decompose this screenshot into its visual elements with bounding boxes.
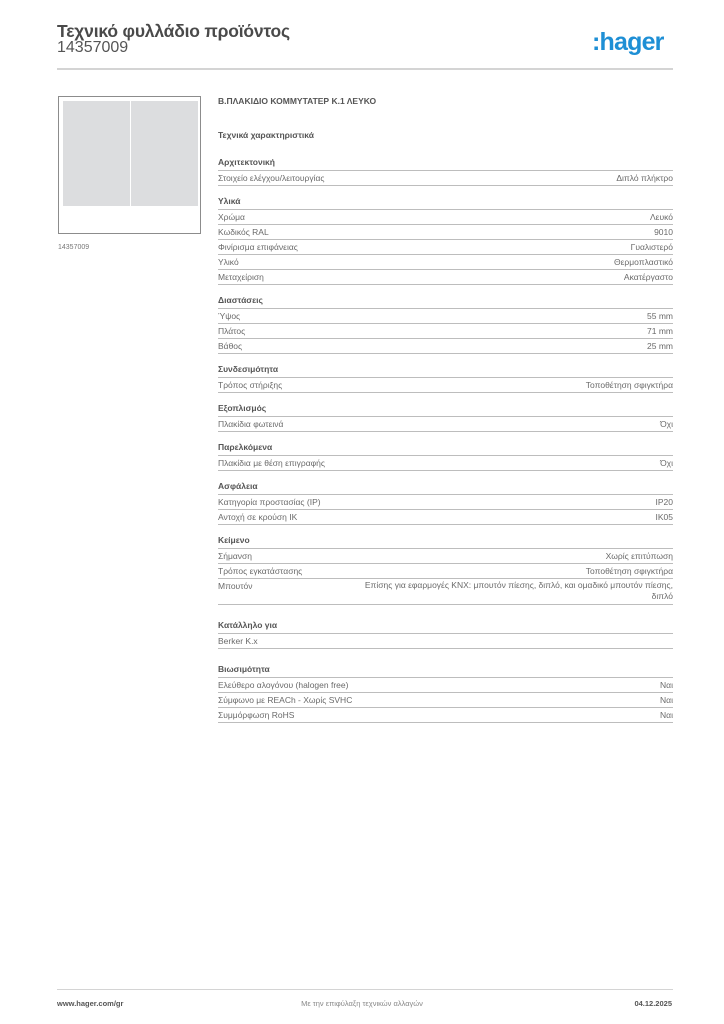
spec-row: ΧρώμαΛευκό xyxy=(218,210,673,225)
spec-group: Κατάλληλο γιαBerker K.x xyxy=(218,619,673,649)
spec-label: Ελεύθερο αλογόνου (halogen free) xyxy=(218,679,348,692)
spec-row: Πλακίδια με θέση επιγραφήςΌχι xyxy=(218,456,673,471)
spec-row: ΜεταχείρισηΑκατέργαστο xyxy=(218,270,673,285)
spec-label: Πλακίδια με θέση επιγραφής xyxy=(218,457,325,470)
spec-row: Πλάτος71 mm xyxy=(218,324,673,339)
footer-disclaimer: Με την επιφύλαξη τεχνικών αλλαγών xyxy=(0,999,724,1008)
spec-group-title: Κατάλληλο για xyxy=(218,619,673,634)
footer-date: 04.12.2025 xyxy=(634,999,672,1008)
spec-label: Σύμφωνο με REACh - Χωρίς SVHC xyxy=(218,694,352,707)
switch-rocker-right xyxy=(131,101,198,206)
spec-label: Πλάτος xyxy=(218,325,245,338)
spec-label: Χρώμα xyxy=(218,211,245,224)
spec-value: Ακατέργαστο xyxy=(624,271,673,284)
spec-row: Αντοχή σε κρούση IKIK05 xyxy=(218,510,673,525)
spec-row: Κωδικός RAL9010 xyxy=(218,225,673,240)
spec-value: Γυαλιστερό xyxy=(631,241,673,254)
spec-value: Ναι xyxy=(660,709,673,722)
logo-text: hager xyxy=(600,28,664,56)
spec-group-title: Αρχιτεκτονική xyxy=(218,156,673,171)
spec-value: Τοποθέτηση σφιγκτήρα xyxy=(586,379,673,392)
spec-group: ΕξοπλισμόςΠλακίδια φωτεινάΌχι xyxy=(218,402,673,432)
spec-value: 25 mm xyxy=(647,340,673,353)
spec-group: ΑρχιτεκτονικήΣτοιχείο ελέγχου/λειτουργία… xyxy=(218,156,673,186)
spec-group-title: Βιωσιμότητα xyxy=(218,663,673,678)
spec-value: IK05 xyxy=(656,511,674,524)
switch-rocker-left xyxy=(63,101,130,206)
spec-group-title: Διαστάσεις xyxy=(218,294,673,309)
spec-label: Ύψος xyxy=(218,310,240,323)
spec-label: Στοιχείο ελέγχου/λειτουργίας xyxy=(218,172,325,185)
spec-label: Κωδικός RAL xyxy=(218,226,269,239)
spec-groups: ΑρχιτεκτονικήΣτοιχείο ελέγχου/λειτουργία… xyxy=(218,156,673,723)
spec-value: Ναι xyxy=(660,679,673,692)
header-divider xyxy=(57,68,673,70)
spec-row: ΣήμανσηΧωρίς επιτύπωση xyxy=(218,549,673,564)
spec-label: Συμμόρφωση RoHS xyxy=(218,709,294,722)
logo-colon-icon: : xyxy=(592,28,600,56)
spec-label: Βάθος xyxy=(218,340,242,353)
spec-group-title: Συνδεσιμότητα xyxy=(218,363,673,378)
product-name: Β.ΠΛΑΚΙΔΙΟ ΚΟΜΜΥΤΑΤΕΡ Κ.1 ΛΕΥΚΟ xyxy=(218,96,673,106)
spec-group: ΑσφάλειαΚατηγορία προστασίας (IP)IP20Αντ… xyxy=(218,480,673,525)
spec-value: Ναι xyxy=(660,694,673,707)
spec-value: Χωρίς επιτύπωση xyxy=(606,550,673,563)
spec-value: Τοποθέτηση σφιγκτήρα xyxy=(586,565,673,578)
spec-group-title: Ασφάλεια xyxy=(218,480,673,495)
spec-group-title: Υλικά xyxy=(218,195,673,210)
spec-group: ΔιαστάσειςΎψος55 mmΠλάτος71 mmΒάθος25 mm xyxy=(218,294,673,354)
product-image-caption: 14357009 xyxy=(58,244,89,251)
spec-label: Μπουτόν xyxy=(218,580,253,604)
spec-row: Κατηγορία προστασίας (IP)IP20 xyxy=(218,495,673,510)
spec-row: ΥλικόΘερμοπλαστικό xyxy=(218,255,673,270)
spec-value: 71 mm xyxy=(647,325,673,338)
spec-group: ΠαρελκόμεναΠλακίδια με θέση επιγραφήςΌχι xyxy=(218,441,673,471)
spec-value: Διπλό πλήκτρο xyxy=(616,172,673,185)
spec-group: ΒιωσιμότηταΕλεύθερο αλογόνου (halogen fr… xyxy=(218,663,673,723)
spec-row: ΜπουτόνΕπίσης για εφαρμογές KNX: μπουτόν… xyxy=(218,579,673,605)
spec-label: Σήμανση xyxy=(218,550,252,563)
spec-value: IP20 xyxy=(656,496,674,509)
spec-label: Τρόπος στήριξης xyxy=(218,379,282,392)
spec-value: Όχι xyxy=(660,418,673,431)
spec-group: ΚείμενοΣήμανσηΧωρίς επιτύπωσηΤρόπος εγκα… xyxy=(218,534,673,605)
spec-label: Πλακίδια φωτεινά xyxy=(218,418,283,431)
spec-group-title: Κείμενο xyxy=(218,534,673,549)
footer-divider xyxy=(57,989,673,990)
spec-group-title: Εξοπλισμός xyxy=(218,402,673,417)
spec-row: Βάθος25 mm xyxy=(218,339,673,354)
spec-row: Τρόπος εγκατάστασηςΤοποθέτηση σφιγκτήρα xyxy=(218,564,673,579)
spec-row: Συμμόρφωση RoHSΝαι xyxy=(218,708,673,723)
spec-group-title: Παρελκόμενα xyxy=(218,441,673,456)
spec-value: Λευκό xyxy=(650,211,673,224)
spec-label: Berker K.x xyxy=(218,635,258,648)
spec-row: Berker K.x xyxy=(218,634,673,649)
spec-value: Επίσης για εφαρμογές KNX: μπουτόν πίεσης… xyxy=(343,580,673,604)
spec-content: Β.ΠΛΑΚΙΔΙΟ ΚΟΜΜΥΤΑΤΕΡ Κ.1 ΛΕΥΚΟ Τεχνικά … xyxy=(218,96,673,732)
spec-row: Στοιχείο ελέγχου/λειτουργίαςΔιπλό πλήκτρ… xyxy=(218,171,673,186)
hager-logo: :hager xyxy=(592,28,664,57)
spec-label: Τρόπος εγκατάστασης xyxy=(218,565,302,578)
spec-label: Υλικό xyxy=(218,256,239,269)
product-image xyxy=(58,96,201,234)
spec-label: Αντοχή σε κρούση IK xyxy=(218,511,297,524)
spec-section-title: Τεχνικά χαρακτηριστικά xyxy=(218,130,673,140)
spec-value: 9010 xyxy=(654,226,673,239)
spec-label: Κατηγορία προστασίας (IP) xyxy=(218,496,321,509)
spec-row: Ελεύθερο αλογόνου (halogen free)Ναι xyxy=(218,678,673,693)
spec-row: Σύμφωνο με REACh - Χωρίς SVHCΝαι xyxy=(218,693,673,708)
spec-label: Μεταχείριση xyxy=(218,271,264,284)
spec-row: Ύψος55 mm xyxy=(218,309,673,324)
product-code: 14357009 xyxy=(57,39,128,57)
spec-label: Φινίρισμα επιφάνειας xyxy=(218,241,298,254)
spec-value: Θερμοπλαστικό xyxy=(614,256,673,269)
spec-value: 55 mm xyxy=(647,310,673,323)
spec-value: Όχι xyxy=(660,457,673,470)
spec-row: Πλακίδια φωτεινάΌχι xyxy=(218,417,673,432)
spec-row: Τρόπος στήριξηςΤοποθέτηση σφιγκτήρα xyxy=(218,378,673,393)
spec-row: Φινίρισμα επιφάνειαςΓυαλιστερό xyxy=(218,240,673,255)
spec-group: ΣυνδεσιμότηταΤρόπος στήριξηςΤοποθέτηση σ… xyxy=(218,363,673,393)
spec-group: ΥλικάΧρώμαΛευκόΚωδικός RAL9010Φινίρισμα … xyxy=(218,195,673,285)
